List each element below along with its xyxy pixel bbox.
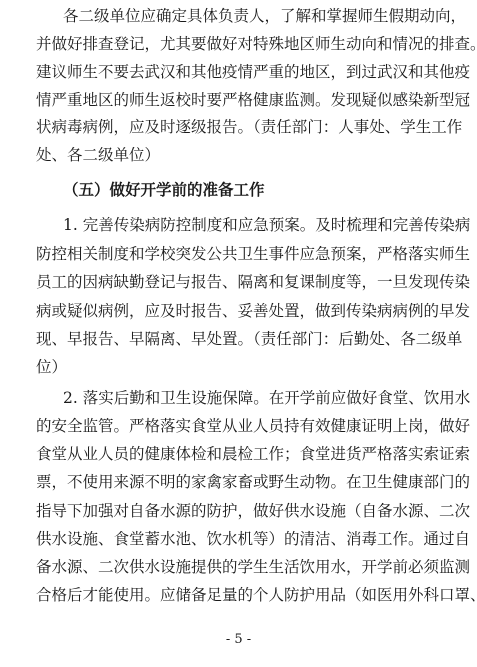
section-heading: （五）做好开学前的准备工作 <box>63 180 265 200</box>
item-2-line: 供水设施、食堂蓄水池、饮水机等）的清洁、消毒工作。通过自 <box>36 529 444 549</box>
paragraph-line: 并做好排查登记，尤其要做好对特殊地区师生动向和情况的排查。 <box>36 34 444 54</box>
item-2-line: 备水源、二次供水设施提供的学生生活饮用水，开学前必须监测 <box>36 557 444 577</box>
paragraph-line: 建议师生不要去武汉和其他疫情严重的地区，到过武汉和其他疫 <box>36 62 444 82</box>
item-2-line: 的安全监管。严格落实食堂从业人员持有效健康证明上岗，做好 <box>36 416 444 436</box>
item-2-line: 指导下加强对自备水源的防护，做好供水设施（自备水源、二次 <box>36 501 444 521</box>
item-1-line: 病或疑似病例，应及时报告、妥善处置，做到传染病病例的早发 <box>36 301 444 321</box>
item-1-line: 现、早报告、早隔离、早处置。（责任部门：后勤处、各二级单 <box>36 329 444 349</box>
item-1-line: 位） <box>36 357 444 377</box>
paragraph-line: 情严重地区的师生返校时要严格健康监测。发现疑似感染新型冠 <box>36 90 444 110</box>
document-page: 各二级单位应确定具体负责人，了解和掌握师生假期动向， 并做好排查登记，尤其要做好… <box>0 0 477 667</box>
paragraph-line: 各二级单位应确定具体负责人，了解和掌握师生假期动向， <box>63 6 444 26</box>
item-1-line: 防控相关制度和学校突发公共卫生事件应急预案，严格落实师生 <box>36 244 444 264</box>
paragraph-line: 状病毒病例，应及时逐级报告。（责任部门：人事处、学生工作 <box>36 117 444 137</box>
item-2-line: 合格后才能使用。应储备足量的个人防护用品（如医用外科口罩、 <box>36 585 444 605</box>
item-2-line: 票，不使用来源不明的家禽家畜或野生动物。在卫生健康部门的 <box>36 472 444 492</box>
paragraph-line: 处、各二级单位） <box>36 145 444 165</box>
item-2-line: 2. 落实后勤和卫生设施保障。在开学前应做好食堂、饮用水 <box>63 388 444 408</box>
item-1-line: 员工的因病缺勤登记与报告、隔离和复课制度等，一旦发现传染 <box>36 272 444 292</box>
item-1-line: 1. 完善传染病防控制度和应急预案。及时梳理和完善传染病 <box>63 215 444 235</box>
item-2-line: 食堂从业人员的健康体检和晨检工作；食堂进货严格落实索证索 <box>36 444 444 464</box>
page-number: - 5 - <box>0 632 477 647</box>
